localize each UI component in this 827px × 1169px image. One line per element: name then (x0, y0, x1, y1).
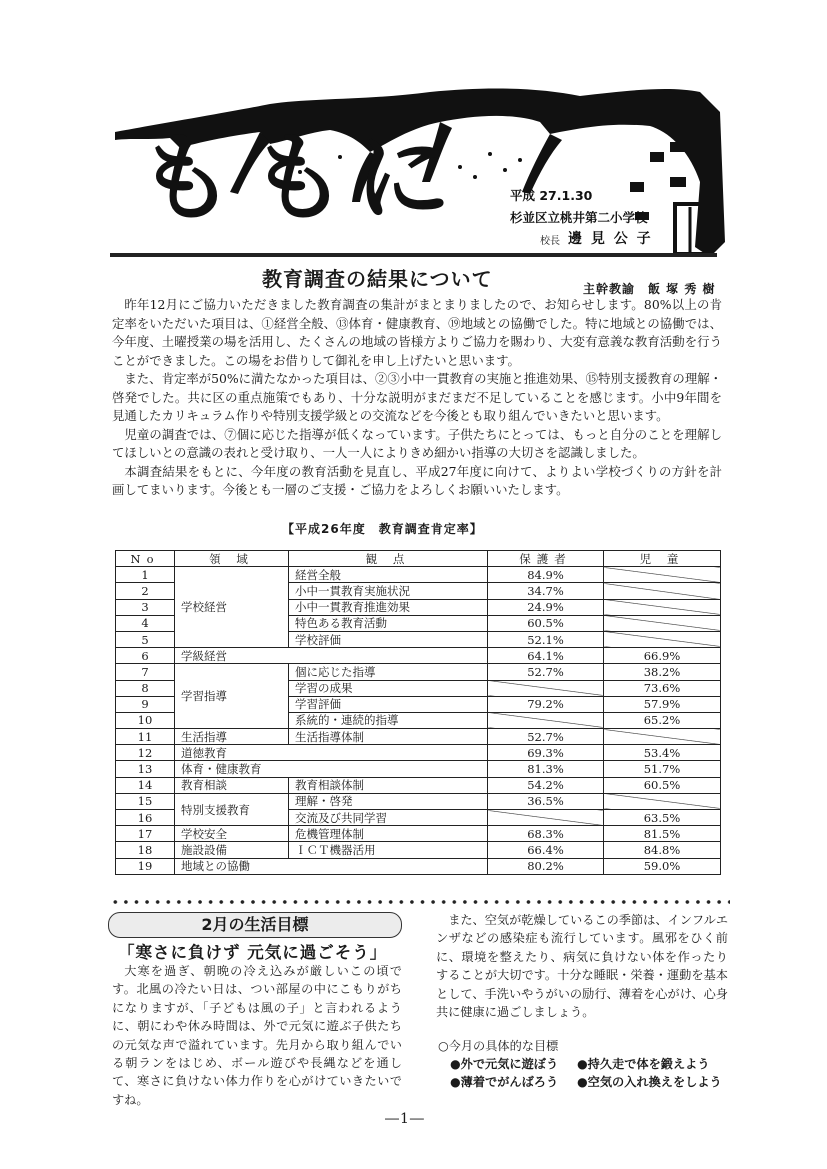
header-parents: 保護者 (488, 551, 604, 567)
table-header-row: No 領 域 観 点 保護者 児 童 (116, 551, 721, 567)
row-no: 7 (116, 664, 175, 680)
targets-heading: ○今月の具体的な目標 (438, 1037, 558, 1054)
row-viewpoint: 教育相談体制 (289, 777, 488, 793)
row-viewpoint: 交流及び共同学習 (289, 810, 488, 826)
row-children: 73.6% (604, 680, 721, 696)
table-row: 13 体育・健康教育 81.3% 51.7% (116, 761, 721, 777)
row-no: 11 (116, 729, 175, 745)
row-parents: 52.7% (488, 729, 604, 745)
article-paragraph: また、肯定率が50%に満たなかった項目は、②③小中一貫教育の実施と推進効果、⑮特… (112, 370, 722, 426)
row-parents: 69.3% (488, 745, 604, 761)
row-parents: 52.1% (488, 631, 604, 647)
article-paragraph: 児童の調査では、⑦個に応じた指導が低くなっています。子供たちにとっては、もっと自… (112, 426, 722, 463)
row-no: 12 (116, 745, 175, 761)
row-no: 15 (116, 793, 175, 809)
row-viewpoint: 危機管理体制 (289, 826, 488, 842)
row-area: 体育・健康教育 (175, 761, 488, 777)
table-row: 7 学習指導 個に応じた指導 52.7% 38.2% (116, 664, 721, 680)
row-parents: 80.2% (488, 858, 604, 874)
row-children: 53.4% (604, 745, 721, 761)
principal-label: 校長 (540, 232, 560, 247)
title-char-2: も (250, 130, 346, 226)
row-viewpoint: 生活指導体制 (289, 729, 488, 745)
row-viewpoint: 経営全般 (289, 567, 488, 583)
row-children-empty (604, 567, 721, 583)
row-no: 6 (116, 648, 175, 664)
table-row: 12 道徳教育 69.3% 53.4% (116, 745, 721, 761)
target-item: ●薄着でがんばろう (450, 1073, 558, 1090)
row-children: 51.7% (604, 761, 721, 777)
row-children: 59.0% (604, 858, 721, 874)
header-children: 児 童 (604, 551, 721, 567)
row-viewpoint: ＩＣＴ機器活用 (289, 842, 488, 858)
target-item: ●持久走で体を鍛えよう (577, 1055, 710, 1072)
row-area: 学校経営 (175, 567, 289, 648)
row-parents: 34.7% (488, 583, 604, 599)
article-paragraph: 昨年12月にご協力いただきました教育調査の集計がまとまりましたので、お知らせしま… (112, 296, 722, 370)
row-parents: 66.4% (488, 842, 604, 858)
life-goal-slogan: 「寒さに負けず 元気に過ごそう」 (118, 939, 387, 963)
row-no: 1 (116, 567, 175, 583)
row-no: 17 (116, 826, 175, 842)
row-area: 学校安全 (175, 826, 289, 842)
survey-results-table: No 領 域 観 点 保護者 児 童 1 学校経営 経営全般 84.9% 2 小… (115, 550, 721, 875)
row-area: 地域との協働 (175, 858, 488, 874)
row-parents: 84.9% (488, 567, 604, 583)
row-parents: 54.2% (488, 777, 604, 793)
row-no: 5 (116, 631, 175, 647)
row-parents: 68.3% (488, 826, 604, 842)
row-area: 教育相談 (175, 777, 289, 793)
row-children: 63.5% (604, 810, 721, 826)
row-no: 8 (116, 680, 175, 696)
row-no: 16 (116, 810, 175, 826)
masthead: も も に 平成 27.1.30 杉並区立桃井第二小学校 校長 邊 見 公 子 (110, 82, 730, 262)
row-no: 19 (116, 858, 175, 874)
header-viewpoint: 観 点 (289, 551, 488, 567)
row-area: 特別支援教育 (175, 793, 289, 825)
row-children-empty (604, 729, 721, 745)
table-row: 19 地域との協働 80.2% 59.0% (116, 858, 721, 874)
header-no: No (116, 551, 175, 567)
life-goal-paragraph: 大寒を過ぎ、朝晩の冷え込みが厳しいこの頃です。北風の冷たい日は、つい部屋の中にこ… (112, 962, 402, 1109)
dotted-divider (110, 899, 730, 905)
row-parents: 81.3% (488, 761, 604, 777)
row-children-empty (604, 615, 721, 631)
row-children: 38.2% (604, 664, 721, 680)
row-children: 57.9% (604, 696, 721, 712)
table-row: 17 学校安全 危機管理体制 68.3% 81.5% (116, 826, 721, 842)
row-children: 65.2% (604, 712, 721, 728)
row-children-empty (604, 599, 721, 615)
target-item: ●空気の入れ換えをしよう (577, 1073, 722, 1090)
school-name: 杉並区立桃井第二小学校 (510, 208, 648, 226)
row-no: 3 (116, 599, 175, 615)
row-viewpoint: 個に応じた指導 (289, 664, 488, 680)
row-viewpoint: 学習評価 (289, 696, 488, 712)
row-no: 18 (116, 842, 175, 858)
row-children-empty (604, 793, 721, 809)
table-row: 1 学校経営 経営全般 84.9% (116, 567, 721, 583)
article-body: 昨年12月にご協力いただきました教育調査の集計がまとまりましたので、お知らせしま… (112, 296, 722, 500)
life-goal-heading: 2月の生活目標 (108, 912, 402, 938)
row-no: 4 (116, 615, 175, 631)
row-parents: 36.5% (488, 793, 604, 809)
row-parents-empty (488, 680, 604, 696)
life-goal-paragraph: また、空気が乾燥しているこの季節は、インフルエンザなどの感染症も流行しています。… (436, 911, 728, 1021)
row-viewpoint: 系統的・連続的指導 (289, 712, 488, 728)
row-area: 学習指導 (175, 664, 289, 729)
row-parents-empty (488, 810, 604, 826)
row-no: 9 (116, 696, 175, 712)
row-area: 道徳教育 (175, 745, 488, 761)
article-author: 主幹教諭 飯 塚 秀 樹 (583, 280, 716, 297)
row-children: 60.5% (604, 777, 721, 793)
title-char-3: に (355, 130, 451, 226)
row-area: 生活指導 (175, 729, 289, 745)
life-goal-right-column: また、空気が乾燥しているこの季節は、インフルエンザなどの感染症も流行しています。… (436, 911, 728, 1021)
issue-date: 平成 27.1.30 (510, 186, 592, 204)
row-viewpoint: 特色ある教育活動 (289, 615, 488, 631)
row-children: 81.5% (604, 826, 721, 842)
row-parents: 24.9% (488, 599, 604, 615)
table-row: 18 施設設備 ＩＣＴ機器活用 66.4% 84.8% (116, 842, 721, 858)
row-viewpoint: 小中一貫教育実施状況 (289, 583, 488, 599)
title-char-1: も (138, 130, 234, 226)
row-children: 66.9% (604, 648, 721, 664)
row-no: 13 (116, 761, 175, 777)
row-children-empty (604, 631, 721, 647)
row-parents-empty (488, 712, 604, 728)
row-parents: 60.5% (488, 615, 604, 631)
row-viewpoint: 学校評価 (289, 631, 488, 647)
row-children: 84.8% (604, 842, 721, 858)
row-parents: 79.2% (488, 696, 604, 712)
row-parents: 52.7% (488, 664, 604, 680)
life-goal-left-column: 大寒を過ぎ、朝晩の冷え込みが厳しいこの頃です。北風の冷たい日は、つい部屋の中にこ… (112, 962, 402, 1109)
article-paragraph: 本調査結果をもとに、今年度の教育活動を見直し、平成27年度に向けて、よりよい学校… (112, 463, 722, 500)
row-parents: 64.1% (488, 648, 604, 664)
row-no: 14 (116, 777, 175, 793)
page-number: ―1― (385, 1111, 425, 1127)
principal-name: 邊 見 公 子 (568, 228, 653, 248)
article-title: 教育調査の結果について (262, 263, 493, 292)
row-children-empty (604, 583, 721, 599)
table-row: 15 特別支援教育 理解・啓発 36.5% (116, 793, 721, 809)
row-viewpoint: 小中一貫教育推進効果 (289, 599, 488, 615)
target-item: ●外で元気に遊ぼう (450, 1055, 558, 1072)
row-no: 2 (116, 583, 175, 599)
table-caption: 【平成26年度 教育調査肯定率】 (282, 520, 483, 537)
row-area: 施設設備 (175, 842, 289, 858)
row-no: 10 (116, 712, 175, 728)
row-viewpoint: 理解・啓発 (289, 793, 488, 809)
row-area: 学級経営 (175, 648, 488, 664)
table-row: 11 生活指導 生活指導体制 52.7% (116, 729, 721, 745)
row-viewpoint: 学習の成果 (289, 680, 488, 696)
header-area: 領 域 (175, 551, 289, 567)
table-row: 14 教育相談 教育相談体制 54.2% 60.5% (116, 777, 721, 793)
table-row: 6 学級経営 64.1% 66.9% (116, 648, 721, 664)
masthead-rule (110, 253, 717, 257)
